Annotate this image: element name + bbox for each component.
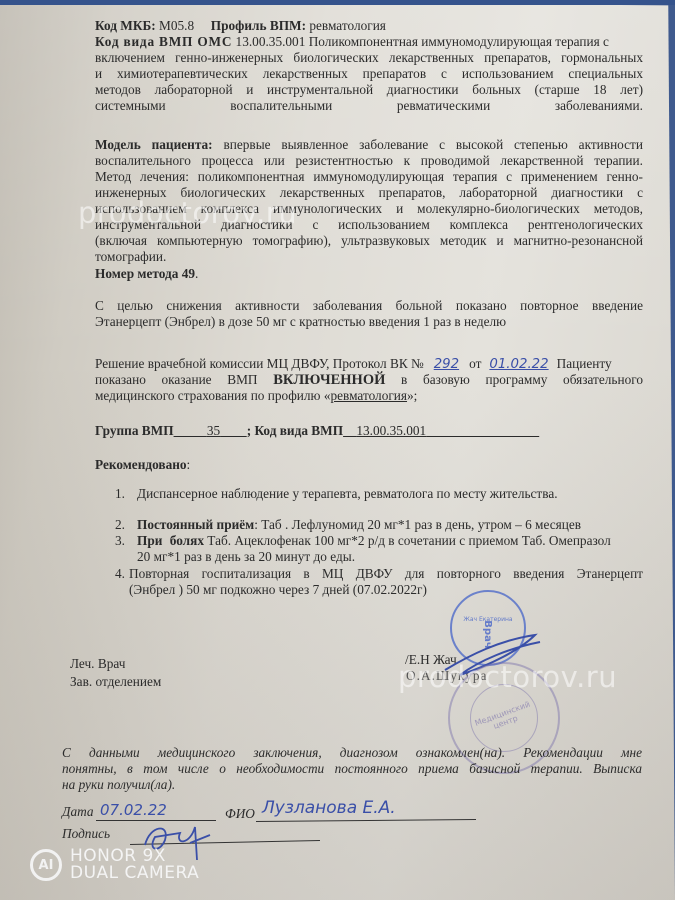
recommendation-item-4: 4. Повторная госпитализация в МЦ ДВФУ дл… [115,566,643,598]
watermark-left: prodoctorov.ru [78,196,297,230]
patient-model-line-0: Модель пациента: впервые выявленное забо… [95,137,643,153]
recommendation-item-3: 3.При болях Таб. Ацеклофенак 100 мг*2 р/… [115,533,611,565]
patient-model-line-2: Метод лечения: поликомпонентная иммуномо… [95,169,643,185]
indication-line-0: С целью снижения активности заболевания … [95,298,643,314]
patient-model-label: Модель пациента: [95,137,213,152]
vmp-group-value: 35 [207,423,220,438]
profile-value: ревматология [309,18,386,33]
mkb-label: Код МКБ: [95,18,156,33]
protocol-number: 292 [424,357,469,372]
fio-value: Лузланова Е.А. [262,798,396,818]
description-line-2: и химиотерапевтических лекарственных пре… [95,66,643,82]
vmp-code-label: Код вида ВМП ОМС [95,34,232,49]
vmp-code-line: Код вида ВМП ОМС 13.00.35.001 Поликомпон… [95,34,609,50]
description-line-3: методов лабораторной и инструментальной … [95,82,643,98]
acknowledgement-text: С данными медицинского заключения, диагн… [62,745,642,793]
ai-camera-icon: AI [30,849,62,881]
watermark-right: prodoctorov.ru [398,660,617,694]
vmp-group-line: Группа ВМП 35 ; Код вида ВМП 13.00.35.00… [95,423,539,439]
patient-model-line-7: томографии. [95,249,166,264]
commission-line-0: Решение врачебной комиссии МЦ ДВФУ, Прот… [95,356,643,373]
commission-line-1: показано оказание ВМП ВКЛЮЧЕННОЙ в базов… [95,372,643,388]
commission-line-2: медицинского страхования по профилю «рев… [95,388,643,404]
camera-label: HONOR 9X DUAL CAMERA [70,848,199,882]
fio-label: ФИО [225,806,255,822]
head-label: Зав. отделением [70,674,161,690]
method-number: Номер метода 49. [95,266,198,282]
profile-label: Профиль ВПМ: [211,18,306,33]
recommendation-item-2: 2.Постоянный приём: Таб . Лефлуномид 20 … [115,517,581,533]
description-line-1: включением генно-инженерных биологически… [95,50,643,66]
protocol-date: 01.02.22 [481,357,556,372]
profile-link: ревматология [330,388,407,403]
indication-line-1: Этанерцепт (Энбрел) в дозе 50 мг с кратн… [95,314,506,329]
recommendation-item-1: 1.Диспансерное наблюдение у терапевта, р… [115,486,558,502]
background-surface [0,0,675,5]
description-line-4: системными воспалительными ревматическим… [95,98,643,114]
doctor-label: Леч. Врач [70,656,125,672]
recommendations-title: Рекомендовано: [95,457,190,473]
patient-model-line-6: (включая компьютерную томографию), ультр… [95,233,643,249]
date-label: Дата [62,804,94,820]
mkb-value: M05.8 [159,18,194,33]
vmp-code-value-2: 13.00.35.001 [356,423,426,438]
mkb-line: Код МКБ: M05.8 Профиль ВПМ: ревматология [95,18,386,34]
vmp-code-value: 13.00.35.001 [236,34,306,49]
description-line-0: Поликомпонентная иммуномодулирующая тера… [309,34,609,49]
patient-model-line-1: воспалительного процесса или резистентно… [95,153,643,169]
signature-label: Подпись [62,826,110,842]
